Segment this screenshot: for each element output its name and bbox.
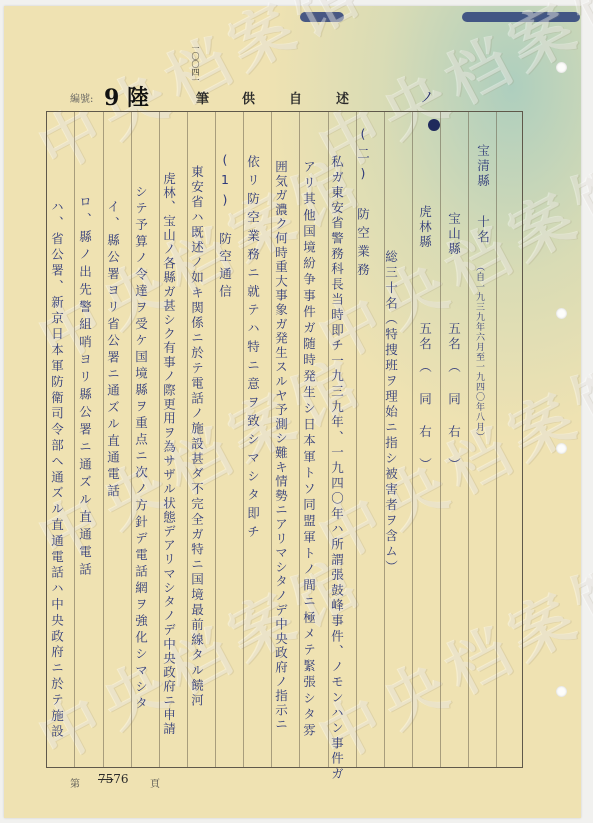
- struck-page-number: 75: [98, 772, 113, 786]
- punch-hole: [556, 308, 567, 319]
- list-item: ハ、省公署、新京日本軍防衛司令部ヘ通ズル直通電話ハ中央政府ニ於テ施設: [50, 200, 63, 741]
- list-item: ロ、縣ノ出先警組哨ヨリ縣公署ニ通ズル直通電話: [78, 195, 91, 580]
- page-prefix: 第: [70, 779, 80, 790]
- person-count: 五名: [418, 322, 431, 352]
- body-line: 依リ防空業務ニ就テハ特ニ意ヲ致シマシタ即チ: [246, 155, 259, 544]
- form-header: 編號: 9 陸 筆 供 自 述 ノ: [60, 86, 520, 110]
- title-char: 筆: [196, 88, 209, 107]
- body-line: 虎林、宝山ノ各縣ガ甚シク有事ノ際更用ヲ為サザル状態デアリマシタノデ中央政府ニ申請: [162, 172, 175, 736]
- total-note: 総三十名（特捜班ヲ理始ニ指シ被害者ヲ含ム）: [384, 250, 397, 576]
- id-label: 編號:: [70, 90, 93, 105]
- punch-hole: [556, 443, 567, 454]
- ink-smear: [462, 12, 580, 22]
- same-as-right-note: （同右）: [418, 360, 431, 490]
- ink-smear: [300, 12, 344, 22]
- body-line: アリ其他国境紛争事件ガ随時発生シ日本軍トソ同盟軍トノ間ニ極メテ緊張シタ雰: [302, 160, 315, 740]
- body-line: シテ予算ノ令達ヲ受ケ国境縣ヲ重点ニ次ノ方針デ電話網ヲ強化シマシタ: [134, 185, 147, 713]
- body-line: 囲気ガ濃ク何時重大事象ガ発生スルヤ予測シ難キ情勢ニアリマシタノデ中央政府ノ指示ニ: [274, 160, 287, 732]
- body-line: 私ガ東安省警務科長当時即チ一九三九年、一九四〇年ハ所謂張鼓峰事件、ノモンハン事件…: [330, 155, 343, 782]
- section-heading: (二) 防空業務: [356, 126, 369, 282]
- person-count: 十名: [476, 215, 489, 245]
- corrected-page-number: 76: [113, 772, 128, 786]
- id-value: 9 陸: [104, 81, 149, 112]
- title-char: 述: [336, 88, 349, 107]
- punch-hole: [556, 686, 567, 697]
- header-mark: ノ: [420, 87, 434, 107]
- title-char: 自: [289, 88, 302, 107]
- body-line: 東安省ハ既述ノ如キ関係ニ於テ電話ノ施設甚ダ不完全ガ特ニ国境最前線タル饒河: [190, 165, 203, 709]
- subsection-heading: (1) 防空通信: [218, 152, 231, 302]
- person-count: 五名: [447, 322, 460, 352]
- punch-hole: [556, 62, 567, 73]
- date-note: （自一九三九年六月至一九四〇年八月）: [474, 262, 483, 382]
- page-number: 7576: [98, 772, 129, 786]
- county-name: 宝山縣: [447, 212, 460, 257]
- same-as-right-note: （同右）: [447, 360, 460, 490]
- list-item: イ、縣公署ヨリ省公署ニ通ズル直通電話: [106, 200, 119, 501]
- title-char: 供: [242, 88, 255, 107]
- page-suffix: 頁: [150, 775, 160, 790]
- archive-stamp-number: 一〇〇四一: [190, 44, 201, 84]
- county-name: 宝清縣: [476, 144, 489, 189]
- county-name: 虎林縣: [418, 205, 431, 250]
- page-footer: 第 7576 頁: [70, 775, 80, 790]
